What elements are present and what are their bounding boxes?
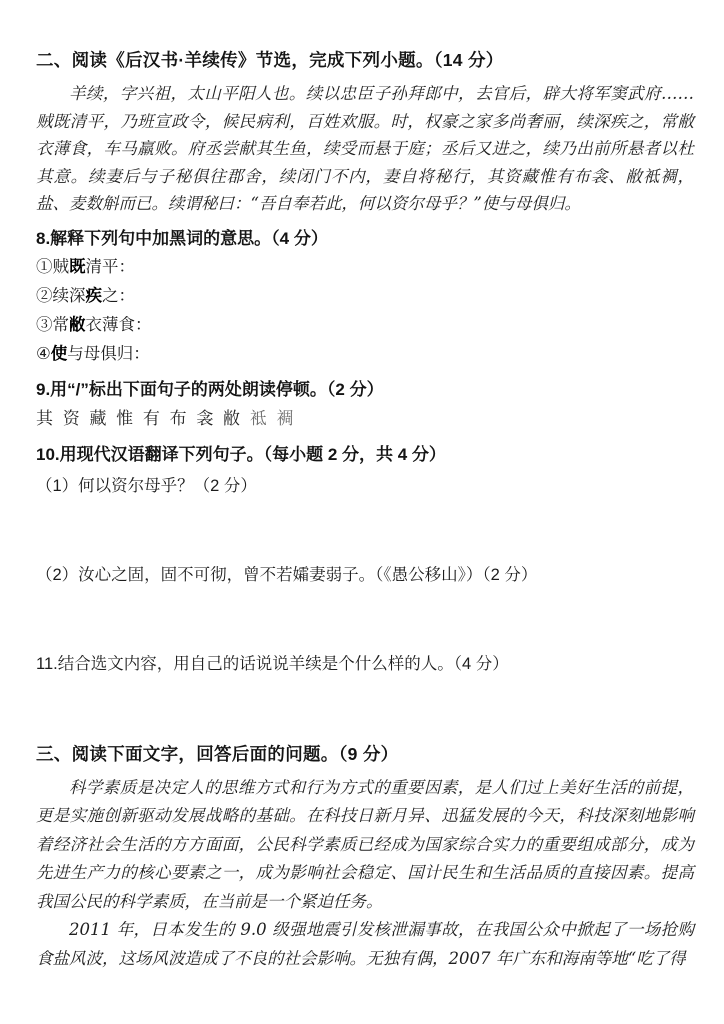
- question-9-label: 9.用“/”标出下面句子的两处朗读停顿。（2 分）: [36, 375, 694, 404]
- item-text-pre: ①贼: [36, 258, 69, 276]
- section-2-classical-passage: 羊续，字兴祖，太山平阳人也。续以忠臣子孙拜郎中，去官后，辟大将军窦武府……贼既清…: [36, 80, 694, 218]
- item-text-post: 衣薄食：: [86, 316, 152, 334]
- item-bold-word: 敝: [69, 316, 86, 334]
- question-8-label: 8.解释下列句中加黑词的意思。（4 分）: [36, 224, 694, 253]
- exam-page: 二、阅读《后汉书·羊续传》节选，完成下列小题。（14 分） 羊续，字兴祖，太山平…: [0, 0, 724, 1024]
- sentence-main: 其 资 藏 惟 有 布 衾 敝: [36, 409, 250, 428]
- question-10-sub-1: （1）何以资尔母乎？（2 分）: [36, 472, 694, 501]
- item-text-post: 之：: [102, 287, 135, 305]
- item-text-pre: ③常: [36, 316, 69, 334]
- item-text-pre: ④: [36, 345, 51, 363]
- question-8-item-3: ③常敝衣薄食：: [36, 311, 694, 340]
- question-8-item-1: ①贼既清平：: [36, 253, 694, 282]
- section-3-title: 三、阅读下面文字，回答后面的问题。（9 分）: [36, 741, 694, 767]
- question-9-sentence: 其 资 藏 惟 有 布 衾 敝 袛 裯: [36, 404, 694, 434]
- item-bold-word: 使: [51, 345, 68, 363]
- section-3-paragraph-1: 科学素质是决定人的思维方式和行为方式的重要因素，是人们过上美好生活的前提，更是实…: [36, 774, 694, 917]
- item-text-post: 清平：: [86, 258, 136, 276]
- item-text-post: 与母俱归：: [67, 345, 150, 363]
- section-3-paragraph-2: 2011 年，日本发生的 9.0 级强地震引发核泄漏事故，在我国公众中掀起了一场…: [36, 916, 694, 973]
- question-8-item-2: ②续深疾之：: [36, 282, 694, 311]
- section-2-title: 二、阅读《后汉书·羊续传》节选，完成下列小题。（14 分）: [36, 47, 694, 73]
- sentence-tail: 袛 裯: [250, 409, 296, 428]
- item-bold-word: 既: [69, 258, 86, 276]
- item-bold-word: 疾: [86, 287, 103, 305]
- item-text-pre: ②续深: [36, 287, 86, 305]
- question-10-sub-2: （2）汝心之固，固不可彻，曾不若孀妻弱子。（《愚公移山》）（2 分）: [36, 561, 694, 590]
- question-8-item-4: ④使与母俱归：: [36, 340, 694, 369]
- question-11-label: 11.结合选文内容，用自己的话说说羊续是个什么样的人。（4 分）: [36, 650, 694, 679]
- question-10-label: 10.用现代汉语翻译下列句子。（每小题 2 分，共 4 分）: [36, 440, 694, 469]
